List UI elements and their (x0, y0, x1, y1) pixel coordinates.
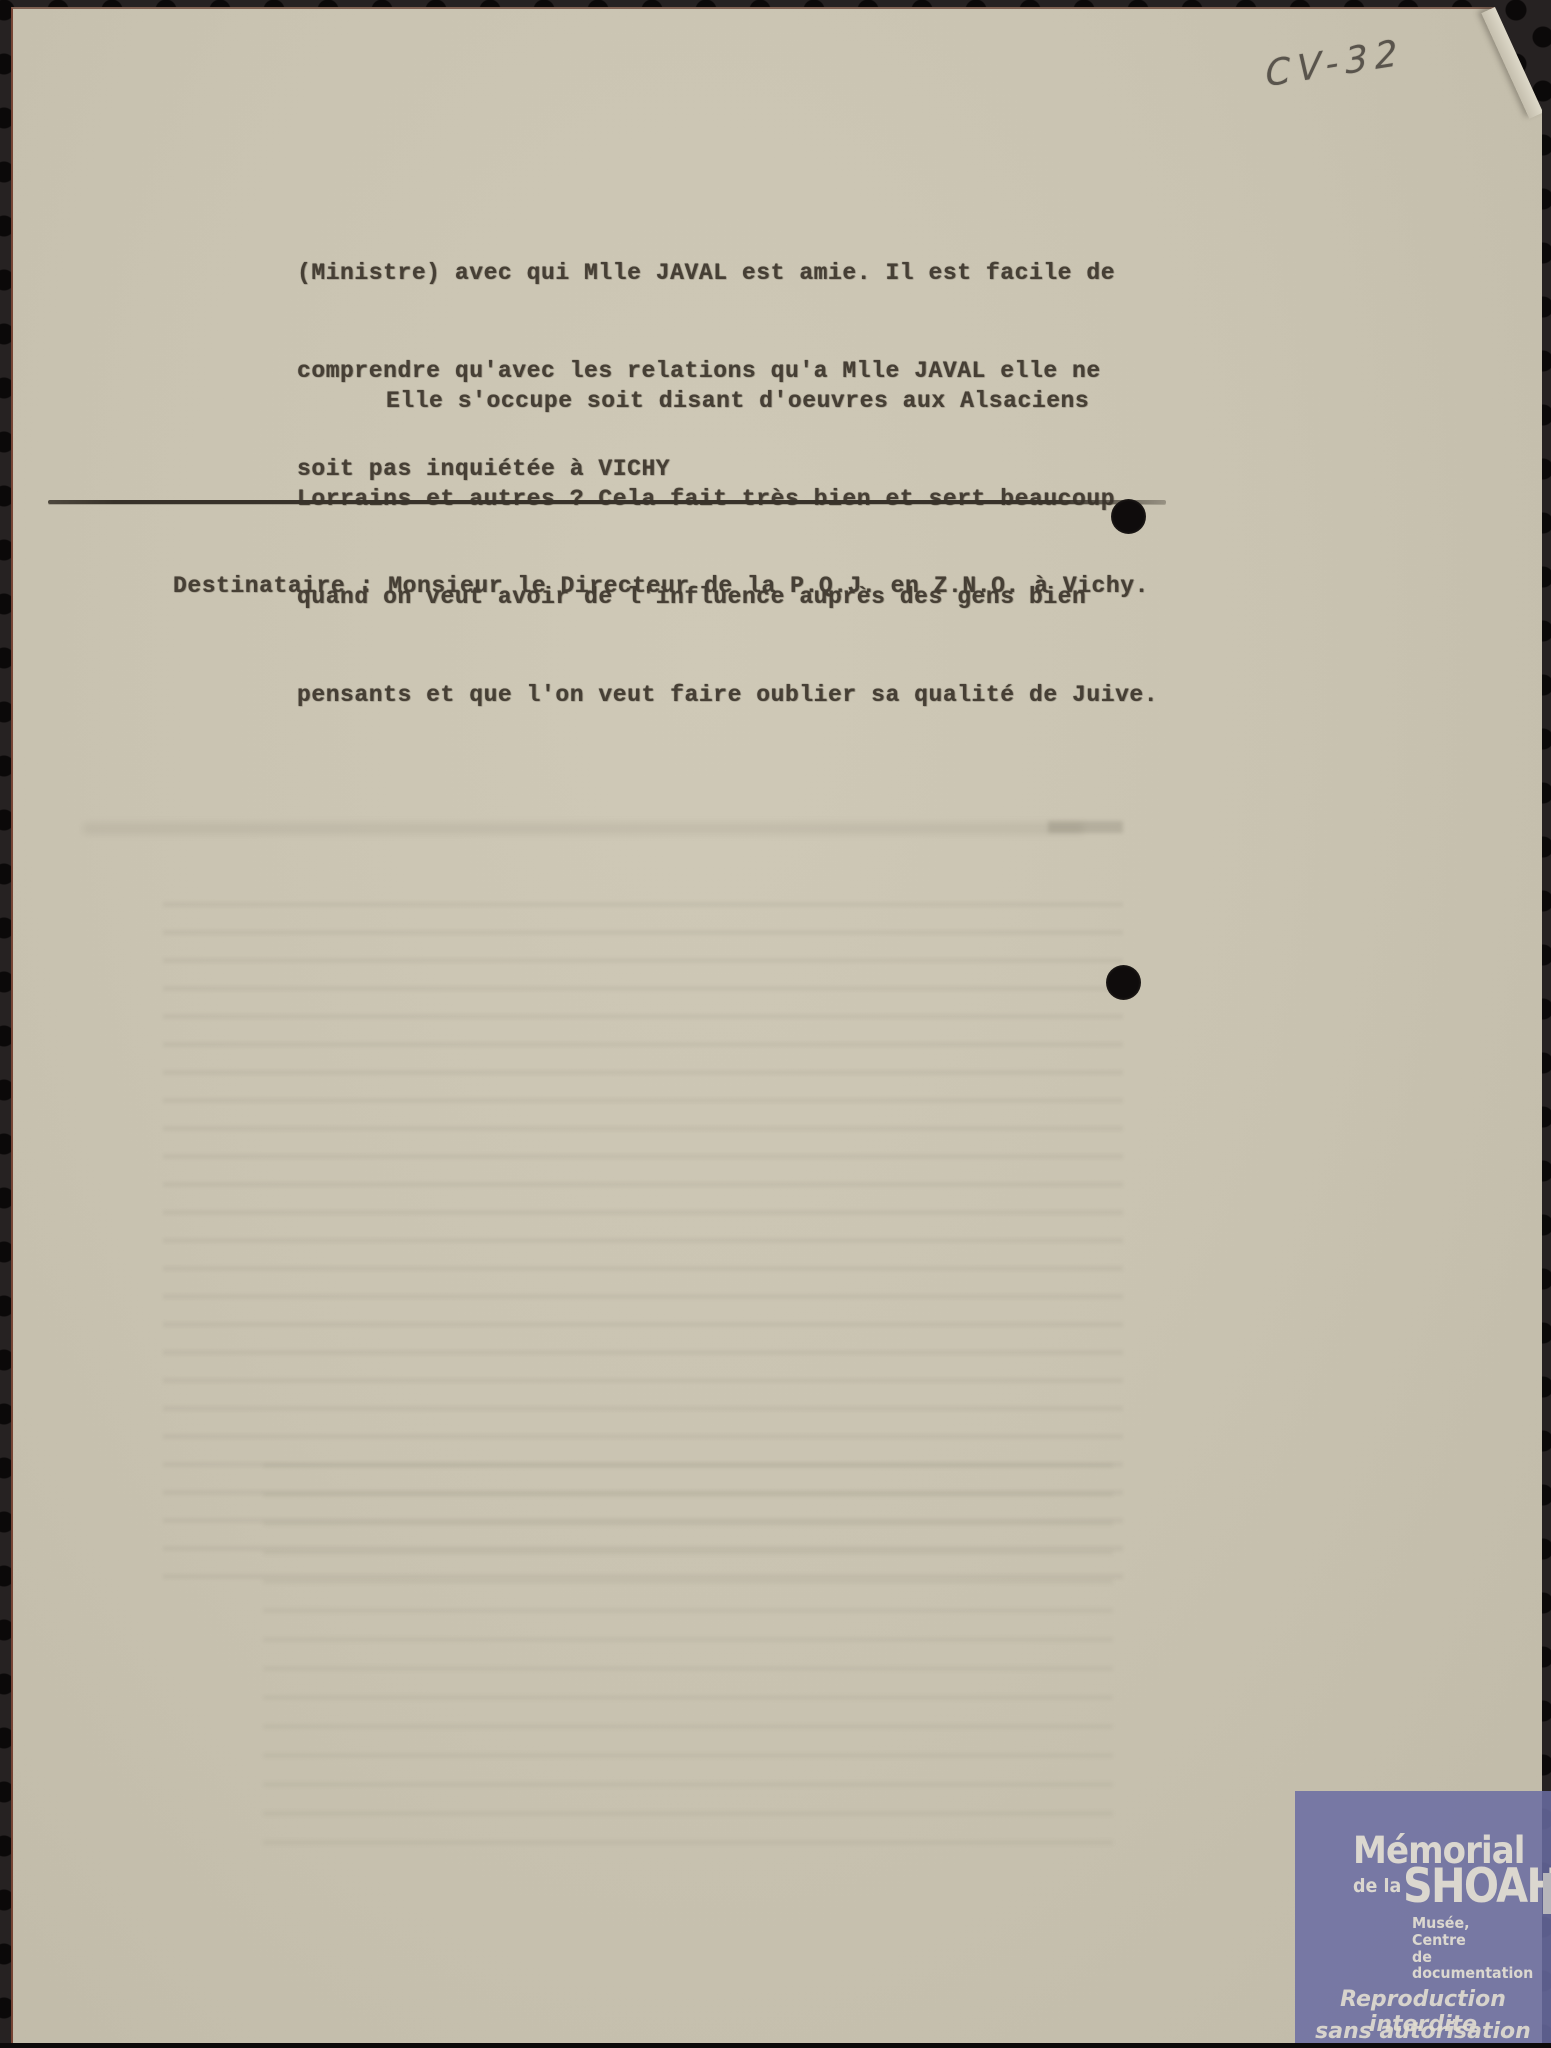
watermark-brand-shoah: SHOAH (1403, 1859, 1551, 1914)
punch-hole-bottom (1106, 965, 1141, 1000)
typed-paragraph-2: Elle s'occupe soit disant d'oeuvres aux … (297, 320, 1158, 776)
punch-hole-top (1111, 499, 1146, 534)
ink-bleed-ghost (1048, 821, 1123, 833)
watermark-subtitle-musee: Musée, (1412, 1915, 1470, 1931)
typed-line: Elle s'occupe soit disant d'oeuvres aux … (297, 385, 1158, 418)
watermark-brand-dela: de la (1353, 1875, 1401, 1897)
scanner-background: { "page": { "annotation_handwritten": "C… (0, 0, 1551, 2048)
watermark-subtitle-centre: Centre (1412, 1932, 1466, 1948)
scanner-bottom-strip (0, 2043, 1551, 2048)
watermark-notice-line2: sans autorisation (1295, 2019, 1551, 2044)
typed-line: (Ministre) avec qui Mlle JAVAL est amie.… (297, 257, 1115, 290)
edge-tab (1543, 1873, 1551, 1914)
watermark-subtitle-documentation: de documentation (1412, 1949, 1544, 1981)
document-page: CV-32 (Ministre) avec qui Mlle JAVAL est… (11, 7, 1542, 2043)
memorial-shoah-watermark: Mémorial de la SHOAH Musée, Centre de do… (1295, 1791, 1551, 2043)
ink-bleed-ghost (163, 879, 1123, 1579)
ink-bleed-ghost (263, 1439, 1113, 1859)
destinataire-line: Destinataire : Monsieur le Directeur de … (173, 570, 1149, 603)
section-divider (48, 500, 1166, 504)
corner-fold (1481, 7, 1543, 119)
ink-bleed-ghost (83, 823, 1083, 834)
typed-line: pensants et que l'on veut faire oublier … (297, 679, 1158, 712)
handwritten-cote: CV-32 (1265, 20, 1486, 125)
